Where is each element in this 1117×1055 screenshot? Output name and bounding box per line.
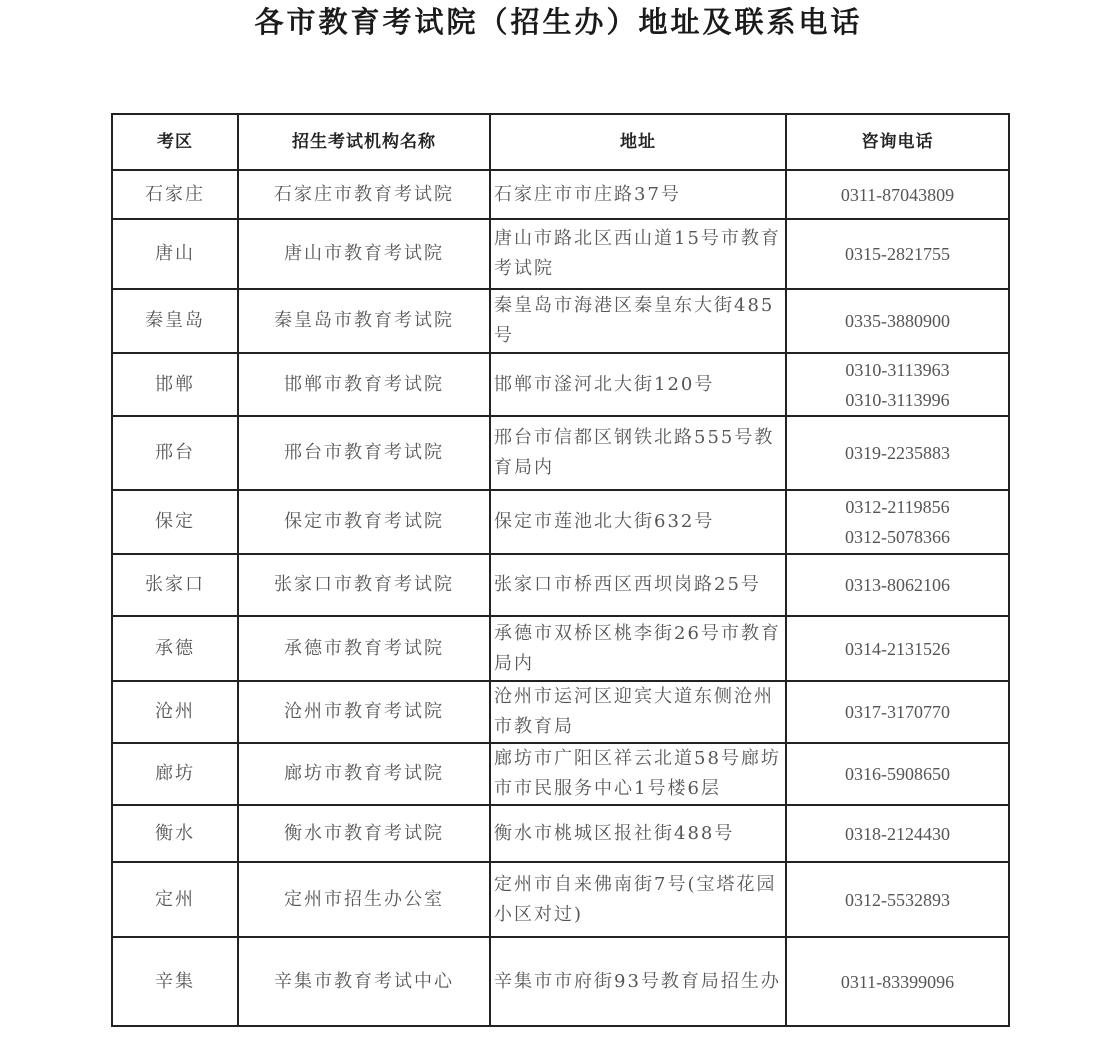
- phone-number: 0312-5078366: [790, 522, 1005, 552]
- cell-org: 张家口市教育考试院: [238, 554, 490, 616]
- cell-org: 唐山市教育考试院: [238, 219, 490, 289]
- cell-address: 保定市莲池北大街632号: [490, 490, 786, 554]
- table-row: 唐山唐山市教育考试院唐山市路北区西山道15号市教育考试院0315-2821755: [112, 219, 1009, 289]
- cell-org: 沧州市教育考试院: [238, 681, 490, 743]
- cell-org: 石家庄市教育考试院: [238, 170, 490, 219]
- cell-address: 廊坊市广阳区祥云北道58号廊坊市市民服务中心1号楼6层: [490, 743, 786, 805]
- contacts-table: 考区 招生考试机构名称 地址 咨询电话 石家庄石家庄市教育考试院石家庄市市庄路3…: [111, 113, 1010, 1027]
- cell-phone: 0313-8062106: [786, 554, 1009, 616]
- cell-phone: 0319-2235883: [786, 416, 1009, 490]
- header-address: 地址: [490, 114, 786, 170]
- cell-org: 衡水市教育考试院: [238, 805, 490, 862]
- cell-area: 沧州: [112, 681, 238, 743]
- phone-number: 0315-2821755: [790, 239, 1005, 269]
- phone-number: 0314-2131526: [790, 634, 1005, 664]
- cell-area: 石家庄: [112, 170, 238, 219]
- header-row: 考区 招生考试机构名称 地址 咨询电话: [112, 114, 1009, 170]
- cell-address: 石家庄市市庄路37号: [490, 170, 786, 219]
- cell-phone: 0318-2124430: [786, 805, 1009, 862]
- table-row: 沧州沧州市教育考试院沧州市运河区迎宾大道东侧沧州市教育局0317-3170770: [112, 681, 1009, 743]
- cell-area: 辛集: [112, 937, 238, 1026]
- cell-address: 邢台市信都区钢铁北路555号教育局内: [490, 416, 786, 490]
- phone-number: 0312-5532893: [790, 885, 1005, 915]
- cell-address: 定州市自来佛南街7号(宝塔花园小区对过): [490, 862, 786, 937]
- cell-phone: 0317-3170770: [786, 681, 1009, 743]
- cell-area: 承德: [112, 616, 238, 681]
- cell-phone: 0311-87043809: [786, 170, 1009, 219]
- cell-org: 邯郸市教育考试院: [238, 353, 490, 416]
- cell-area: 秦皇岛: [112, 289, 238, 353]
- header-phone: 咨询电话: [786, 114, 1009, 170]
- cell-address: 邯郸市滏河北大街120号: [490, 353, 786, 416]
- cell-area: 邢台: [112, 416, 238, 490]
- table-row: 石家庄石家庄市教育考试院石家庄市市庄路37号0311-87043809: [112, 170, 1009, 219]
- cell-area: 定州: [112, 862, 238, 937]
- cell-area: 衡水: [112, 805, 238, 862]
- cell-org: 定州市招生办公室: [238, 862, 490, 937]
- header-area: 考区: [112, 114, 238, 170]
- cell-phone: 0314-2131526: [786, 616, 1009, 681]
- table-row: 保定保定市教育考试院保定市莲池北大街632号0312-21198560312-5…: [112, 490, 1009, 554]
- cell-area: 张家口: [112, 554, 238, 616]
- cell-org: 邢台市教育考试院: [238, 416, 490, 490]
- table-row: 秦皇岛秦皇岛市教育考试院秦皇岛市海港区秦皇东大街485号0335-3880900: [112, 289, 1009, 353]
- phone-number: 0310-3113996: [790, 385, 1005, 415]
- phone-number: 0311-87043809: [790, 180, 1005, 210]
- cell-phone: 0335-3880900: [786, 289, 1009, 353]
- table-body: 石家庄石家庄市教育考试院石家庄市市庄路37号0311-87043809唐山唐山市…: [112, 170, 1009, 1026]
- cell-area: 廊坊: [112, 743, 238, 805]
- cell-address: 辛集市市府街93号教育局招生办: [490, 937, 786, 1026]
- phone-number: 0312-2119856: [790, 492, 1005, 522]
- phone-number: 0318-2124430: [790, 819, 1005, 849]
- table-row: 衡水衡水市教育考试院衡水市桃城区报社街488号0318-2124430: [112, 805, 1009, 862]
- cell-phone: 0312-5532893: [786, 862, 1009, 937]
- phone-number: 0317-3170770: [790, 697, 1005, 727]
- cell-address: 张家口市桥西区西坝岗路25号: [490, 554, 786, 616]
- cell-org: 廊坊市教育考试院: [238, 743, 490, 805]
- phone-number: 0310-3113963: [790, 355, 1005, 385]
- cell-phone: 0311-83399096: [786, 937, 1009, 1026]
- table-row: 承德承德市教育考试院承德市双桥区桃李街26号市教育局内0314-2131526: [112, 616, 1009, 681]
- cell-phone: 0315-2821755: [786, 219, 1009, 289]
- phone-number: 0335-3880900: [790, 306, 1005, 336]
- table-row: 辛集辛集市教育考试中心辛集市市府街93号教育局招生办0311-83399096: [112, 937, 1009, 1026]
- cell-phone: 0310-31139630310-3113996: [786, 353, 1009, 416]
- cell-address: 秦皇岛市海港区秦皇东大街485号: [490, 289, 786, 353]
- table-row: 廊坊廊坊市教育考试院廊坊市广阳区祥云北道58号廊坊市市民服务中心1号楼6层031…: [112, 743, 1009, 805]
- table-row: 邢台邢台市教育考试院邢台市信都区钢铁北路555号教育局内0319-2235883: [112, 416, 1009, 490]
- table-row: 张家口张家口市教育考试院张家口市桥西区西坝岗路25号0313-8062106: [112, 554, 1009, 616]
- cell-org: 保定市教育考试院: [238, 490, 490, 554]
- cell-org: 辛集市教育考试中心: [238, 937, 490, 1026]
- cell-area: 唐山: [112, 219, 238, 289]
- cell-phone: 0316-5908650: [786, 743, 1009, 805]
- cell-area: 邯郸: [112, 353, 238, 416]
- cell-org: 秦皇岛市教育考试院: [238, 289, 490, 353]
- cell-area: 保定: [112, 490, 238, 554]
- table-row: 邯郸邯郸市教育考试院邯郸市滏河北大街120号0310-31139630310-3…: [112, 353, 1009, 416]
- document-title: 各市教育考试院（招生办）地址及联系电话: [0, 2, 1117, 42]
- cell-address: 沧州市运河区迎宾大道东侧沧州市教育局: [490, 681, 786, 743]
- cell-address: 衡水市桃城区报社街488号: [490, 805, 786, 862]
- phone-number: 0311-83399096: [790, 967, 1005, 997]
- cell-phone: 0312-21198560312-5078366: [786, 490, 1009, 554]
- table-row: 定州定州市招生办公室定州市自来佛南街7号(宝塔花园小区对过)0312-55328…: [112, 862, 1009, 937]
- phone-number: 0316-5908650: [790, 759, 1005, 789]
- phone-number: 0313-8062106: [790, 570, 1005, 600]
- cell-address: 唐山市路北区西山道15号市教育考试院: [490, 219, 786, 289]
- cell-address: 承德市双桥区桃李街26号市教育局内: [490, 616, 786, 681]
- header-org: 招生考试机构名称: [238, 114, 490, 170]
- phone-number: 0319-2235883: [790, 438, 1005, 468]
- cell-org: 承德市教育考试院: [238, 616, 490, 681]
